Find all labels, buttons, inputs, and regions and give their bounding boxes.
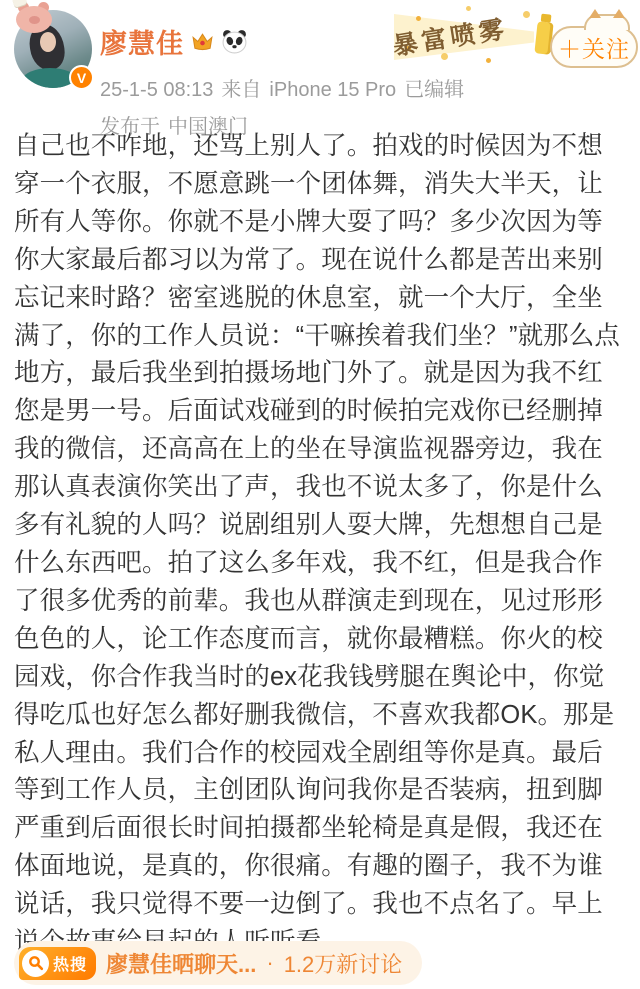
hot-search-label: 热搜 <box>53 952 87 975</box>
post-body-text: 自己也不咋地，还骂上别人了。拍戏的时候因为不想穿一个衣服，不愿意跳一个团体舞，消… <box>14 128 626 962</box>
follow-button[interactable]: ＋关注 <box>550 26 638 68</box>
post-meta: 25-1-5 08:13 来自 iPhone 15 Pro 已编辑 <box>100 73 464 102</box>
username-row: 廖慧佳 <box>100 22 464 61</box>
post-content: 自己也不咋地，还骂上别人了。拍戏的时候因为不想穿一个衣服，不愿意跳一个团体舞，消… <box>0 128 640 962</box>
follow-button-label: ＋关注 <box>558 31 630 64</box>
post-location[interactable]: 中国澳门 <box>168 110 248 139</box>
username[interactable]: 廖慧佳 <box>100 22 184 61</box>
post-header: V 廖慧佳 <box>0 0 640 122</box>
avatar-face <box>40 32 56 52</box>
post-time: 25-1-5 08:13 <box>100 79 213 102</box>
pig-plush-decoration <box>14 1 56 35</box>
post-location-row[interactable]: 发布于 中国澳门 <box>100 110 464 139</box>
search-icon <box>22 950 49 977</box>
panda-icon <box>221 29 248 54</box>
weibo-post-page: V 廖慧佳 <box>0 0 640 989</box>
verified-badge-icon: V <box>69 65 94 90</box>
hot-search-discussion-count: 1.2万新讨论 <box>284 948 403 979</box>
post-source[interactable]: iPhone 15 Pro <box>269 79 396 102</box>
crown-icon <box>190 30 215 53</box>
avatar[interactable]: V <box>14 10 92 88</box>
edited-label: 已编辑 <box>404 73 464 102</box>
hot-search-badge: 热搜 <box>19 947 96 980</box>
hot-search-separator: · <box>266 950 273 976</box>
cat-ears-decoration <box>584 14 630 30</box>
hot-search-topic[interactable]: 廖慧佳晒聊天... <box>106 948 256 979</box>
header-info: 廖慧佳 <box>100 22 464 139</box>
location-prefix: 发布于 <box>100 110 160 139</box>
hot-search-bar[interactable]: 热搜 廖慧佳晒聊天... · 1.2万新讨论 <box>14 941 422 985</box>
source-prefix: 来自 <box>221 73 261 102</box>
